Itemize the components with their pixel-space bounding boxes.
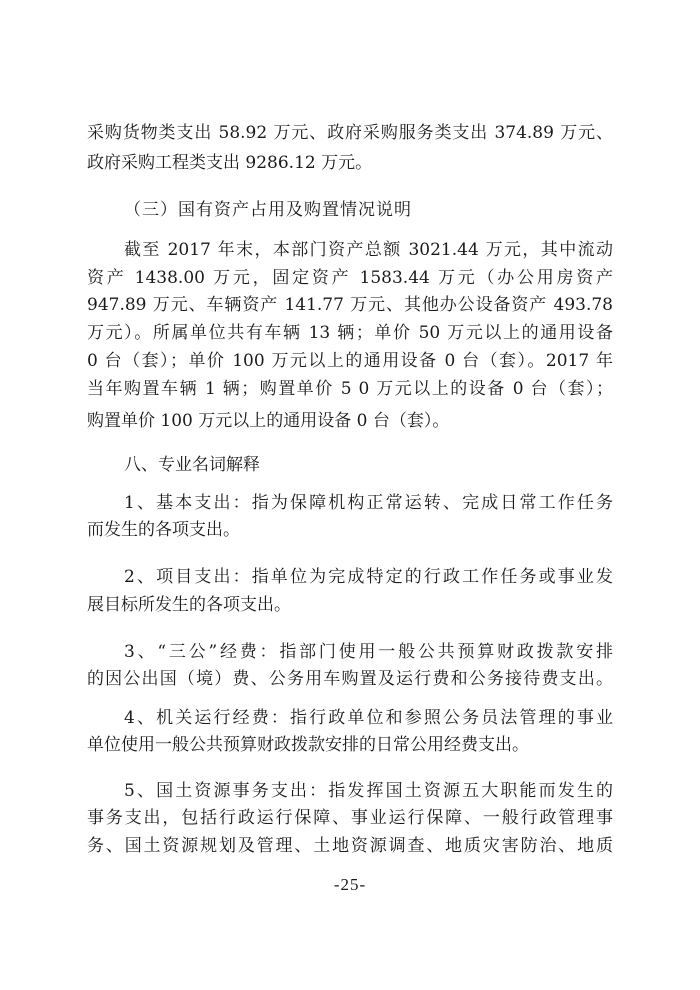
paragraph-assets-line-1: 截至 2017 年末，本部门资产总额 3021.44 万元，其中流动	[124, 239, 613, 261]
glossary-item-2-line-2: 展目标所发生的各项支出。	[87, 594, 613, 616]
glossary-item-5-line-3: 务、国土资源规划及管理、土地资源调查、地质灾害防治、地质	[87, 835, 613, 857]
glossary-item-1-line-2: 而发生的各项支出。	[87, 519, 613, 541]
section-heading-state-assets: （三）国有资产占用及购置情况说明	[124, 199, 613, 221]
paragraph-assets-line-3: 947.89 万元、车辆资产 141.77 万元、其他办公设备资产 493.78	[87, 294, 613, 316]
paragraph-assets-line-2: 资产 1438.00 万元，固定资产 1583.44 万元（办公用房资产	[87, 267, 613, 289]
glossary-item-3-line-1: 3、“三公”经费：指部门使用一般公共预算财政拨款安排	[124, 641, 613, 663]
page-number: -25-	[0, 874, 700, 896]
document-page: 采购货物类支出 58.92 万元、政府采购服务类支出 374.89 万元、 政府…	[0, 0, 700, 990]
paragraph-assets-line-5: 0 台（套）；单价 100 万元以上的通用设备 0 台（套）。2017 年	[87, 350, 613, 372]
glossary-item-5-line-2: 事务支出，包括行政运行保障、事业运行保障、一般行政管理事	[87, 807, 613, 829]
glossary-item-3-line-2: 的因公出国（境）费、公务用车购置及运行费和公务接待费支出。	[87, 668, 613, 690]
glossary-item-4-line-1: 4、机关运行经费：指行政单位和参照公务员法管理的事业	[124, 707, 613, 729]
glossary-item-4-line-2: 单位使用一般公共预算财政拨款安排的日常公用经费支出。	[87, 734, 613, 756]
section-heading-glossary: 八、专业名词解释	[124, 454, 613, 476]
glossary-item-2-line-1: 2、项目支出：指单位为完成特定的行政工作任务或事业发	[124, 566, 613, 588]
paragraph-assets-line-7: 购置单价 100 万元以上的通用设备 0 台（套）。	[87, 410, 613, 432]
glossary-item-1-line-1: 1、基本支出：指为保障机构正常运转、完成日常工作任务	[124, 492, 613, 514]
paragraph-assets-line-6: 当年购置车辆 1 辆；购置单价 5 0 万元以上的设备 0 台（套）；	[87, 378, 613, 400]
paragraph-procurement-line-1: 采购货物类支出 58.92 万元、政府采购服务类支出 374.89 万元、	[87, 122, 613, 144]
paragraph-procurement-line-2: 政府采购工程类支出 9286.12 万元。	[87, 152, 613, 174]
paragraph-assets-line-4: 万元）。所属单位共有车辆 13 辆；单价 50 万元以上的通用设备	[87, 322, 613, 344]
glossary-item-5-line-1: 5、国土资源事务支出：指发挥国土资源五大职能而发生的	[124, 780, 613, 802]
